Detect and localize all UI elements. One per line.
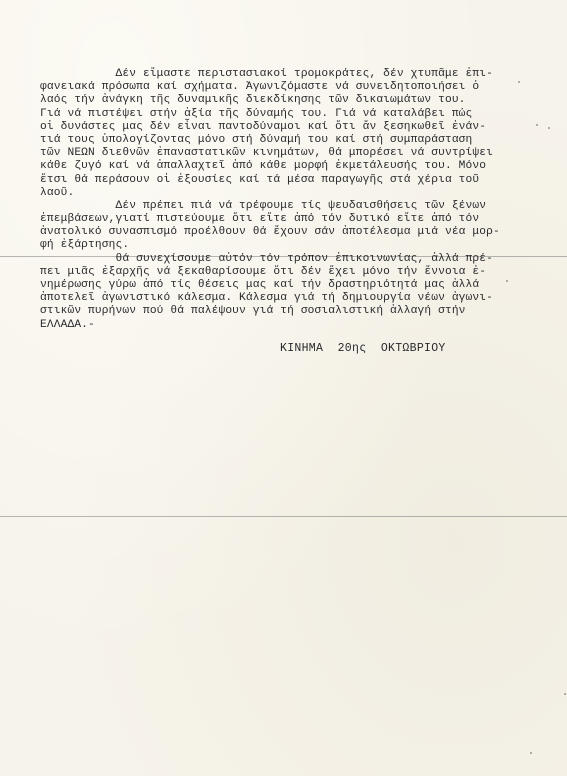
text-line: φή ἐξάρτησης. — [40, 239, 540, 252]
paragraph-3: θά συνεχίσουμε αὐτόν τόν τρόπον ἐπικοινω… — [40, 253, 540, 332]
text-line: Δέν πρέπει πιά νά τρέφουμε τίς ψευδαισθή… — [40, 200, 540, 213]
text-line: θά συνεχίσουμε αὐτόν τόν τρόπον ἐπικοινω… — [40, 253, 540, 266]
text-line: στικῶν πυρήνων πού θά παλέψουν γιά τή σο… — [40, 305, 540, 318]
text-line: λαοῦ. — [40, 187, 540, 200]
text-line: ἀνατολικό συνασπισμό προέλθουν θά ἔχουν … — [40, 226, 540, 239]
ink-speck — [506, 280, 508, 282]
text-line: οἱ δυνάστες μας δέν εἶναι παντοδύναμοι κ… — [40, 121, 540, 134]
paragraph-2: Δέν πρέπει πιά νά τρέφουμε τίς ψευδαισθή… — [40, 200, 540, 253]
text-line: ἀποτελεῖ ἀγωνιστικό κάλεσμα. Κάλεσμα γιά… — [40, 292, 540, 305]
text-line: τιά τους ὑπολογίζοντας μόνο στή δύναμή τ… — [40, 134, 540, 147]
text-line: ΕΛΛΑΔΑ.- — [40, 319, 540, 332]
text-line: κάθε ζυγό καί νά ἀπαλλαχτεῖ ἀπό κάθε μορ… — [40, 160, 540, 173]
ink-speck — [548, 127, 550, 129]
ink-speck — [564, 693, 566, 695]
fold-crease-middle — [0, 516, 567, 517]
text-line: ἔτσι θά περάσουν οἱ ἐξουσίες καί τά μέσα… — [40, 174, 540, 187]
signature: ΚΙΝΗΜΑ 20ης ΟΚΤΩΒΡΙΟΥ — [280, 342, 446, 355]
ink-speck — [518, 81, 520, 83]
text-line: τῶν ΝΕΩΝ διεθνῶν ἐπαναστατικῶν κινημάτων… — [40, 147, 540, 160]
text-line: φανειακά πρόσωπα καί σχήματα. Ἀγωνιζόμασ… — [40, 81, 540, 94]
text-line: νημέρωσης γύρω ἀπό τίς θέσεις μας καί τή… — [40, 279, 540, 292]
ink-speck — [530, 752, 532, 754]
text-line: λαός τήν ἀνάγκη τῆς δυναμικῆς διεκδίκηση… — [40, 94, 540, 107]
text-line: ἐπεμβάσεων,γιατί πιστεύουμε ὅτι εἴτε ἀπό… — [40, 213, 540, 226]
text-line: πει μιᾶς ἐξαρχῆς νά ξεκαθαρίσουμε ὅτι δέ… — [40, 266, 540, 279]
text-line: Γιά νά πιστέψει στήν ἀξία τῆς δύναμής το… — [40, 108, 540, 121]
text-line: Δέν εἴμαστε περιστασιακοί τρομοκράτες, δ… — [40, 68, 540, 81]
paragraph-1: Δέν εἴμαστε περιστασιακοί τρομοκράτες, δ… — [40, 68, 540, 200]
ink-speck — [536, 124, 538, 126]
typewritten-body: Δέν εἴμαστε περιστασιακοί τρομοκράτες, δ… — [40, 68, 540, 332]
paper-page: Δέν εἴμαστε περιστασιακοί τρομοκράτες, δ… — [0, 0, 567, 776]
